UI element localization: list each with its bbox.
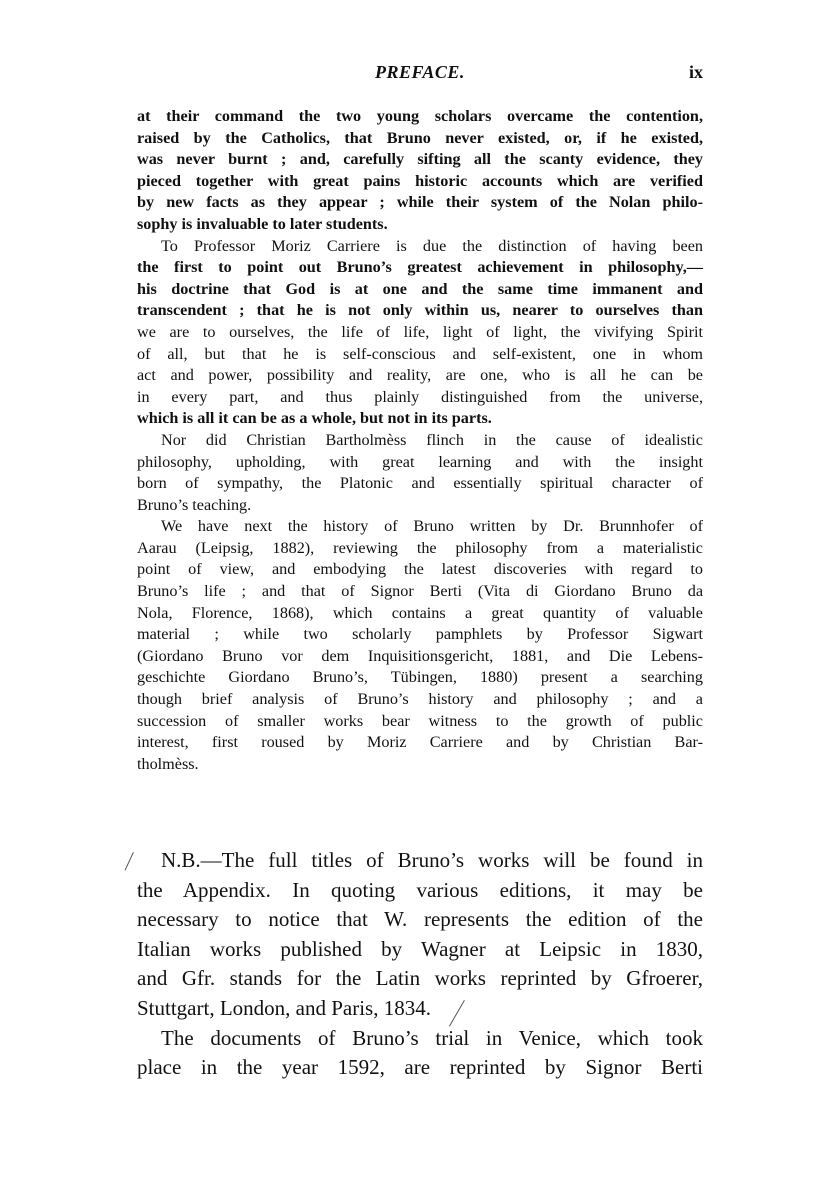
- book-page: PREFACE. ix at their command the two you…: [0, 0, 840, 1191]
- paragraph-histories: We have next the history of Bruno writte…: [137, 516, 703, 775]
- text-line: sophy is invaluable to later students.: [137, 214, 703, 236]
- text-line: pieced together with great pains histori…: [137, 171, 703, 193]
- text-line: interest, first roused by Moriz Carriere…: [137, 732, 703, 754]
- text-line: (Giordano Bruno vor dem Inquisitionsgeri…: [137, 646, 703, 668]
- text-line: The documents of Bruno’s trial in Venice…: [137, 1024, 703, 1054]
- text-line: act and power, possibility and reality, …: [137, 365, 703, 387]
- text-line: geschichte Giordano Bruno’s, Tübingen, 1…: [137, 667, 703, 689]
- text-line: place in the year 1592, are reprinted by…: [137, 1053, 703, 1083]
- text-line: Bruno’s teaching.: [137, 495, 703, 517]
- text-line: was never burnt ; and, carefully sifting…: [137, 149, 703, 171]
- paragraph-bartholmess: Nor did Christian Bartholmèss flinch in …: [137, 430, 703, 516]
- text-line: by new facts as they appear ; while thei…: [137, 192, 703, 214]
- text-line: Nor did Christian Bartholmèss flinch in …: [137, 430, 703, 452]
- text-line: transcendent ; that he is not only withi…: [137, 300, 703, 322]
- text-line: of all, but that he is self-conscious an…: [137, 344, 703, 366]
- text-line: To Professor Moriz Carriere is due the d…: [137, 236, 703, 258]
- paragraph-carriere: To Professor Moriz Carriere is due the d…: [137, 236, 703, 430]
- text-line: We have next the history of Bruno writte…: [137, 516, 703, 538]
- text-line: raised by the Catholics, that Bruno neve…: [137, 128, 703, 150]
- text-line: the Appendix. In quoting various edition…: [137, 876, 703, 906]
- text-line: Bruno’s life ; and that of Signor Berti …: [137, 581, 703, 603]
- text-line: point of view, and embodying the latest …: [137, 559, 703, 581]
- text-line: Nola, Florence, 1868), which contains a …: [137, 603, 703, 625]
- text-line: N.B.—The full titles of Bruno’s works wi…: [137, 846, 703, 876]
- text-line: Aarau (Leipsig, 1882), reviewing the phi…: [137, 538, 703, 560]
- text-line: tholmèss.: [137, 754, 703, 776]
- text-line: necessary to notice that W. represents t…: [137, 905, 703, 935]
- text-line: Stuttgart, London, and Paris, 1834.: [137, 994, 703, 1024]
- text-line: philosophy, upholding, with great learni…: [137, 452, 703, 474]
- text-line: the first to point out Bruno’s greatest …: [137, 257, 703, 279]
- running-title: PREFACE.: [137, 62, 703, 83]
- text-line: at their command the two young scholars …: [137, 106, 703, 128]
- pencil-mark: [125, 852, 134, 871]
- paragraph-trial-documents: The documents of Bruno’s trial in Venice…: [137, 1024, 703, 1083]
- text-line: his doctrine that God is at one and the …: [137, 279, 703, 301]
- paragraph-scholars: at their command the two young scholars …: [137, 106, 703, 236]
- text-line: and Gfr. stands for the Latin works repr…: [137, 964, 703, 994]
- text-line: though brief analysis of Bruno’s history…: [137, 689, 703, 711]
- text-line: succession of smaller works bear witness…: [137, 711, 703, 733]
- note-section: N.B.—The full titles of Bruno’s works wi…: [137, 846, 703, 1083]
- text-line: which is all it can be as a whole, but n…: [137, 408, 703, 430]
- text-line: born of sympathy, the Platonic and essen…: [137, 473, 703, 495]
- text-line: in every part, and thus plainly distingu…: [137, 387, 703, 409]
- page-header: PREFACE. ix: [137, 62, 703, 88]
- page-number: ix: [689, 62, 703, 83]
- text-line: material ; while two scholarly pamphlets…: [137, 624, 703, 646]
- preface-body: at their command the two young scholars …: [137, 106, 703, 775]
- paragraph-nota-bene: N.B.—The full titles of Bruno’s works wi…: [137, 846, 703, 1024]
- text-line: Italian works published by Wagner at Lei…: [137, 935, 703, 965]
- text-line: we are to ourselves, the life of life, l…: [137, 322, 703, 344]
